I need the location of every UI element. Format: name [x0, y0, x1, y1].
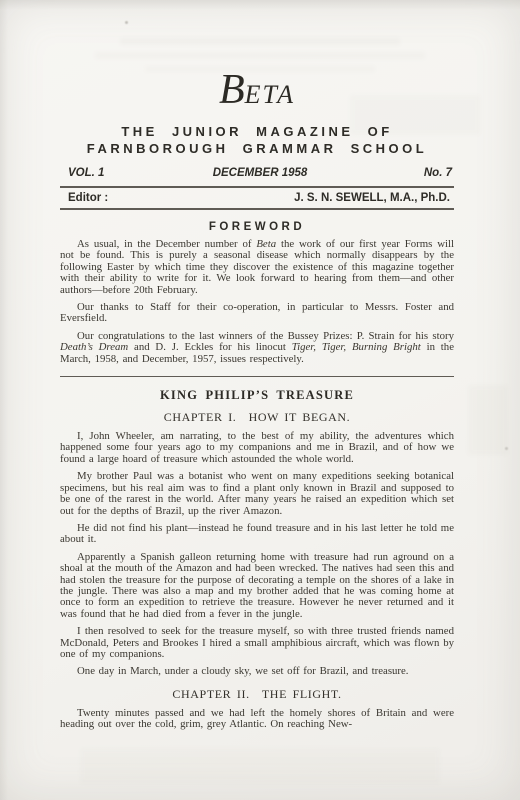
paragraph: My brother Paul was a botanist who went …	[60, 471, 454, 517]
chapter-2-body: Twenty minutes passed and we had left th…	[60, 708, 454, 731]
paragraph: Apparently a Spanish galleon returning h…	[60, 552, 454, 620]
divider-rule	[60, 208, 454, 210]
chapter-1-heading: CHAPTER I. HOW IT BEGAN.	[60, 410, 454, 425]
paper-edge-shading	[0, 0, 8, 800]
magazine-title-rest: ETA	[245, 80, 295, 109]
chapter-2-heading: CHAPTER II. THE FLIGHT.	[60, 687, 454, 702]
paragraph: One day in March, under a cloudy sky, we…	[60, 666, 454, 677]
paragraph: Twenty minutes passed and we had left th…	[60, 708, 454, 731]
volume-label: VOL. 1	[60, 167, 213, 179]
foreword-heading: FOREWORD	[60, 221, 454, 233]
issue-info-row: VOL. 1 DECEMBER 1958 No. 7	[60, 167, 454, 179]
subtitle-line-1: THE JUNIOR MAGAZINE OF	[60, 123, 454, 140]
editor-label: Editor :	[68, 192, 108, 204]
paragraph: I, John Wheeler, am narrating, to the be…	[60, 431, 454, 465]
editor-name: J. S. N. SEWELL, M.A., Ph.D.	[294, 192, 450, 204]
issue-number: No. 7	[307, 167, 454, 179]
paragraph: He did not find his plant—instead he fou…	[60, 523, 454, 546]
issue-date: DECEMBER 1958	[213, 167, 308, 179]
editor-row: Editor : J. S. N. SEWELL, M.A., Ph.D.	[60, 188, 454, 208]
subtitle-line-2: FARNBOROUGH GRAMMAR SCHOOL	[60, 140, 454, 157]
story-title: KING PHILIP’S TREASURE	[60, 388, 454, 403]
scan-speck	[505, 447, 508, 450]
showthrough-artifact	[468, 385, 508, 455]
paragraph: As usual, in the December number of Beta…	[60, 239, 454, 296]
page-content: BETA THE JUNIOR MAGAZINE OF FARNBOROUGH …	[60, 0, 454, 800]
section-divider-rule	[60, 376, 454, 377]
foreword-body: As usual, in the December number of Beta…	[60, 239, 454, 365]
magazine-page-scan: BETA THE JUNIOR MAGAZINE OF FARNBOROUGH …	[0, 0, 520, 800]
paragraph: I then resolved to seek for the treasure…	[60, 626, 454, 660]
magazine-title-initial: B	[219, 67, 245, 113]
paragraph: Our thanks to Staff for their co-operati…	[60, 302, 454, 325]
divider-rule	[60, 186, 454, 188]
magazine-subtitle: THE JUNIOR MAGAZINE OF FARNBOROUGH GRAMM…	[60, 123, 454, 157]
magazine-title: BETA	[60, 70, 454, 110]
paragraph: Our congratulations to the last winners …	[60, 331, 454, 365]
chapter-1-body: I, John Wheeler, am narrating, to the be…	[60, 431, 454, 678]
